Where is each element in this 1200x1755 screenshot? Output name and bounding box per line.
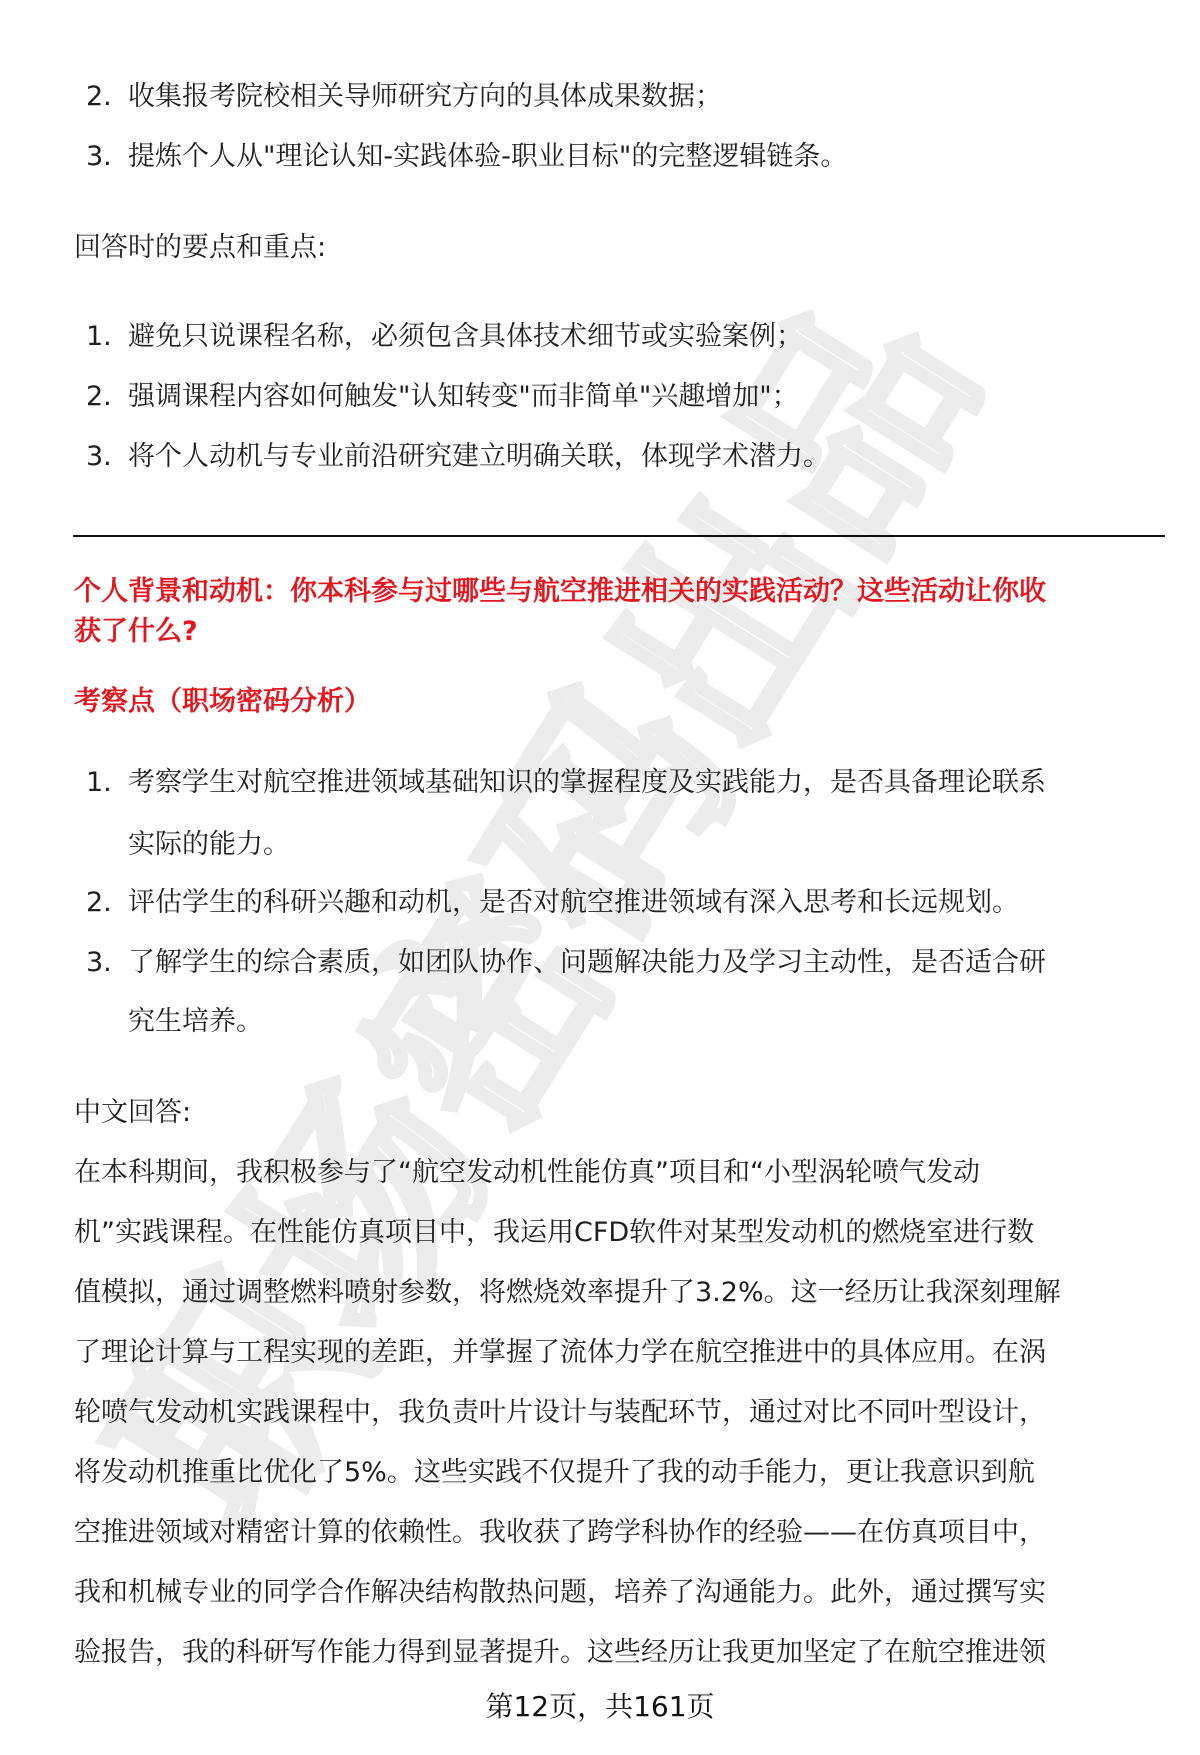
answer-line: 轮喷气发动机实践课程中，我负责叶片设计与装配环节，通过对比不同叶型设计， [74, 1395, 1046, 1431]
list-item-continuation: 实际的能力。 [0, 827, 1200, 863]
list-number: 3. [86, 945, 112, 981]
list-text: 收集报考院校相关导师研究方向的具体成果数据； [128, 79, 722, 115]
list-item: 3. 提炼个人从"理论认知-实践体验-职业目标"的完整逻辑链条。 [0, 139, 1200, 175]
answer-line: 了理论计算与工程实现的差距，并掌握了流体力学在航空推进中的具体应用。在涡 [74, 1335, 1046, 1371]
list-number: 1. [86, 765, 112, 801]
list-text: 提炼个人从"理论认知-实践体验-职业目标"的完整逻辑链条。 [128, 139, 847, 175]
list-text: 评估学生的科研兴趣和动机，是否对航空推进领域有深入思考和长远规划。 [128, 885, 1019, 921]
answer-line: 机”实践课程。在性能仿真项目中，我运用CFD软件对某型发动机的燃烧室进行数 [74, 1215, 1034, 1251]
list-text: 实际的能力。 [128, 827, 290, 863]
list-item: 2. 评估学生的科研兴趣和动机，是否对航空推进领域有深入思考和长远规划。 [0, 885, 1200, 921]
list-item: 1. 避免只说课程名称，必须包含具体技术细节或实验案例； [0, 319, 1200, 355]
answer-line: 验报告，我的科研写作能力得到显著提升。这些经历让我更加坚定了在航空推进领 [74, 1635, 1046, 1671]
list-number: 1. [86, 319, 112, 355]
list-item-continuation: 究生培养。 [0, 1004, 1200, 1040]
list-text: 考察学生对航空推进领域基础知识的掌握程度及实践能力，是否具备理论联系 [128, 765, 1046, 801]
list-number: 2. [86, 885, 112, 921]
answer-line: 在本科期间，我积极参与了“航空发动机性能仿真”项目和“小型涡轮喷气发动 [74, 1155, 980, 1191]
list-item: 2. 强调课程内容如何触发"认知转变"而非简单"兴趣增加"； [0, 379, 1200, 415]
question-heading-line-2: 获了什么? [74, 614, 198, 650]
answer-title: 中文回答: [74, 1095, 191, 1131]
list-number: 3. [86, 139, 112, 175]
list-text: 了解学生的综合素质，如团队协作、问题解决能力及学习主动性，是否适合研 [128, 945, 1046, 981]
list-text: 强调课程内容如何触发"认知转变"而非简单"兴趣增加"； [128, 379, 799, 415]
list-item: 3. 将个人动机与专业前沿研究建立明确关联，体现学术潜力。 [0, 439, 1200, 475]
list-item: 3. 了解学生的综合素质，如团队协作、问题解决能力及学习主动性，是否适合研 [0, 945, 1200, 981]
page-number: 第12页，共161页 [0, 1689, 1200, 1725]
list-text: 将个人动机与专业前沿研究建立明确关联，体现学术潜力。 [128, 439, 830, 475]
list-number: 2. [86, 79, 112, 115]
answer-line: 我和机械专业的同学合作解决结构散热问题，培养了沟通能力。此外，通过撰写实 [74, 1575, 1046, 1611]
answer-line: 值模拟，通过调整燃料喷射参数，将燃烧效率提升了3.2%。这一经历让我深刻理解 [74, 1275, 1061, 1311]
answer-line: 将发动机推重比优化了5%。这些实践不仅提升了我的动手能力，更让我意识到航 [74, 1455, 1035, 1491]
list-number: 3. [86, 439, 112, 475]
list-number: 2. [86, 379, 112, 415]
section-divider [73, 535, 1165, 537]
answer-line: 空推进领域对精密计算的依赖性。我收获了跨学科协作的经验——在仿真项目中， [74, 1515, 1046, 1551]
key-points-title: 回答时的要点和重点: [74, 230, 326, 266]
list-item: 2. 收集报考院校相关导师研究方向的具体成果数据； [0, 79, 1200, 115]
list-item: 1. 考察学生对航空推进领域基础知识的掌握程度及实践能力，是否具备理论联系 [0, 765, 1200, 801]
assessment-title: 考察点（职场密码分析） [74, 684, 371, 720]
question-heading-line-1: 个人背景和动机：你本科参与过哪些与航空推进相关的实践活动？这些活动让你收 [74, 574, 1046, 610]
list-text: 避免只说课程名称，必须包含具体技术细节或实验案例； [128, 319, 803, 355]
list-text: 究生培养。 [128, 1004, 263, 1040]
